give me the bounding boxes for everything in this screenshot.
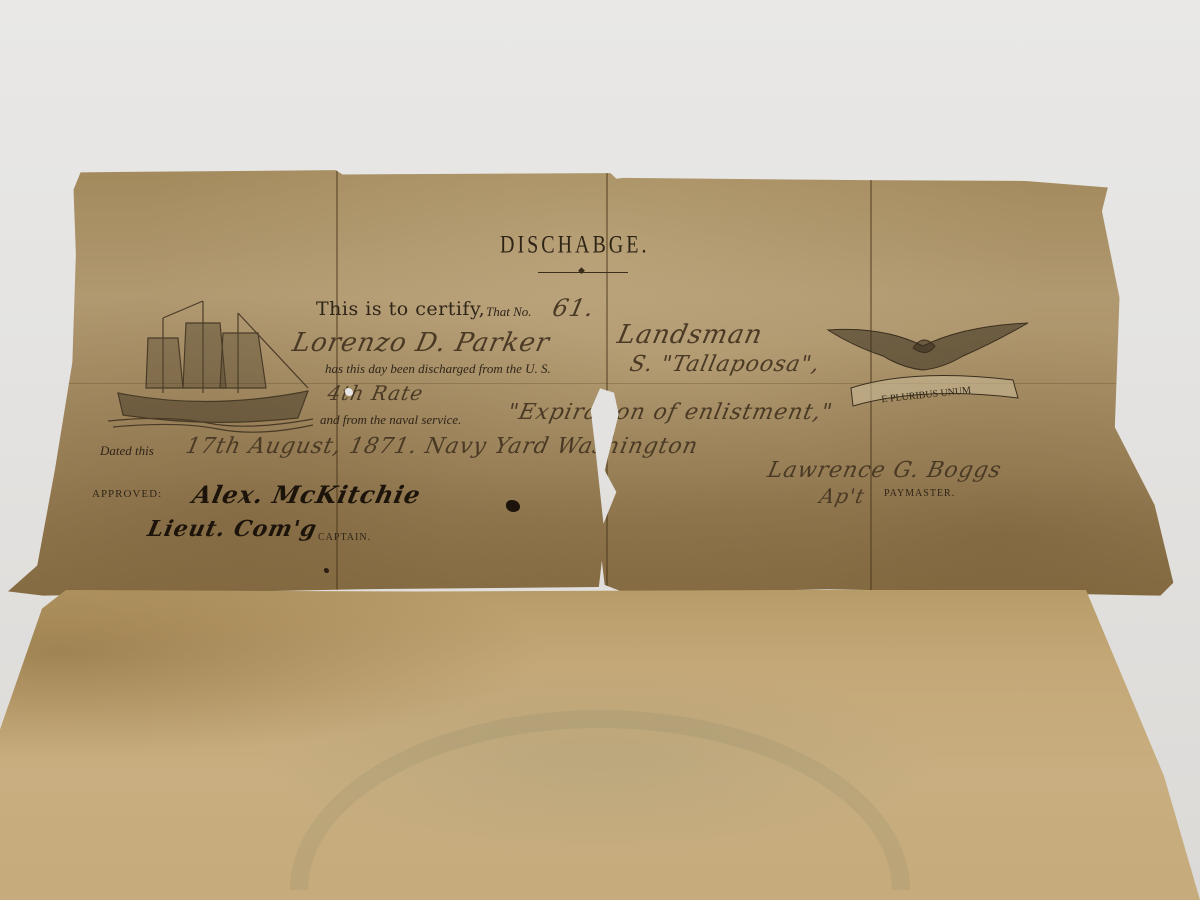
paper-hole bbox=[345, 388, 353, 396]
captain-label: CAPTAIN. bbox=[318, 532, 371, 543]
captain-signature: Alex. McKitchie bbox=[190, 480, 424, 509]
dated-label: Dated this bbox=[100, 443, 154, 459]
approved-label: APPROVED: bbox=[92, 488, 162, 500]
bleed-through-engraving bbox=[290, 710, 910, 890]
discharge-date: 17th August, 1871. Navy Yard Washington bbox=[183, 434, 700, 459]
sailing-ship-icon bbox=[108, 293, 313, 433]
discharge-reason: "Expiration of enlistment," bbox=[505, 400, 835, 425]
ink-blot bbox=[506, 500, 520, 512]
discharge-certificate: DISCHABGE. E PLURIBUS UNUM This is to ce… bbox=[8, 168, 1178, 600]
ink-spot bbox=[324, 568, 329, 573]
certificate-number: 61. bbox=[550, 294, 597, 322]
paymaster-label: PAYMASTER. bbox=[884, 488, 955, 499]
ship-name: S. "Tallapoosa", bbox=[627, 352, 822, 377]
ship-rate: 4th Rate bbox=[325, 381, 425, 405]
paymaster-signature-rank: Ap't bbox=[817, 484, 867, 508]
back-sheet bbox=[0, 590, 1200, 900]
number-label: That No. bbox=[486, 304, 532, 320]
title-ornament bbox=[538, 272, 628, 273]
sailor-rating: Landsman bbox=[615, 320, 766, 350]
naval-service-text: and from the naval service. bbox=[320, 412, 461, 428]
document-title: DISCHABGE. bbox=[500, 231, 649, 260]
certify-prefix: This is to certify, bbox=[316, 298, 485, 320]
eagle-icon: E PLURIBUS UNUM bbox=[823, 318, 1033, 408]
discharged-text: has this day been discharged from the U.… bbox=[325, 361, 551, 377]
paymaster-signature: Lawrence G. Boggs bbox=[765, 458, 1004, 483]
sailor-name: Lorenzo D. Parker bbox=[290, 328, 553, 358]
captain-signature-rank: Lieut. Com'g bbox=[145, 516, 319, 542]
